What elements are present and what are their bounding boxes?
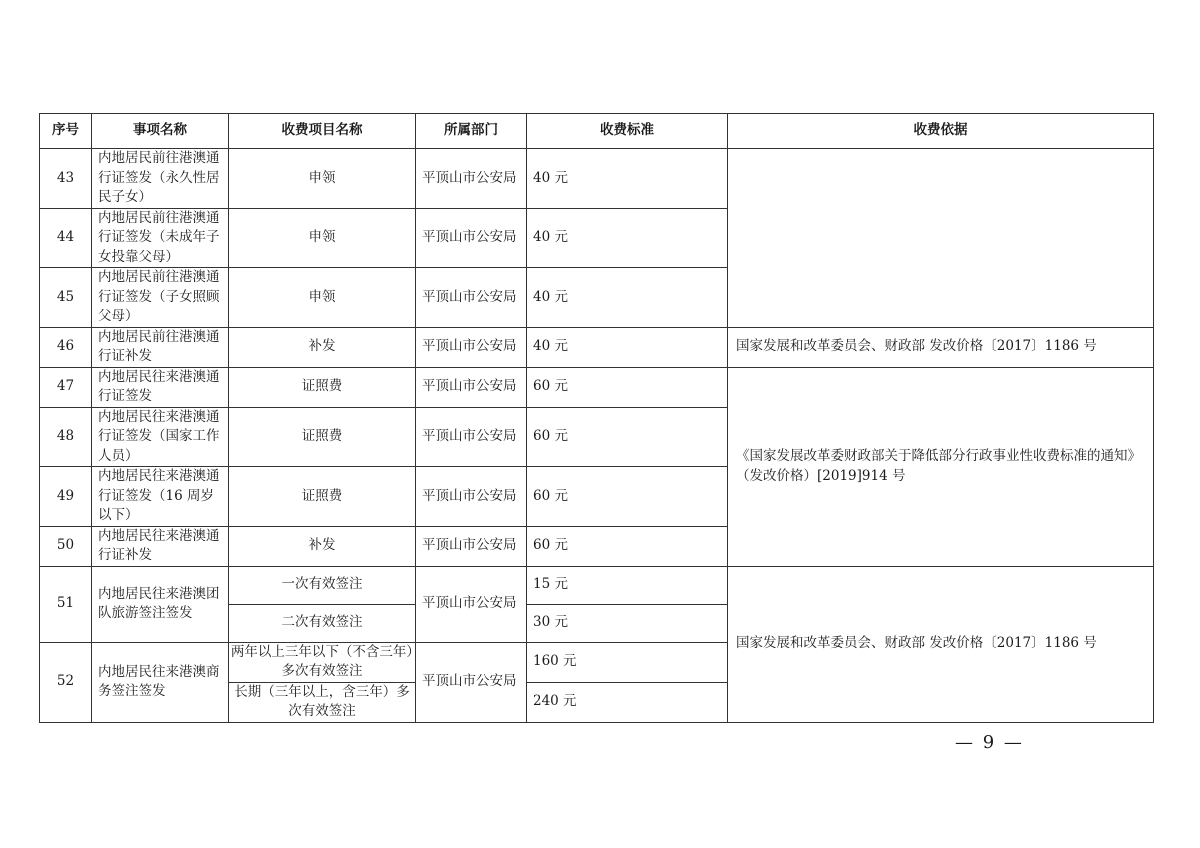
department-cell: 平顶山市公安局 bbox=[416, 642, 527, 722]
seq-cell: 49 bbox=[40, 467, 92, 527]
standard-cell: 60 元 bbox=[527, 526, 728, 566]
seq-cell: 51 bbox=[40, 566, 92, 642]
seq-cell: 52 bbox=[40, 642, 92, 722]
item-name-cell: 内地居民往来港澳通行证签发（国家工作人员） bbox=[92, 407, 229, 467]
table-header-row: 序号 事项名称 收费项目名称 所属部门 收费标准 收费依据 bbox=[40, 114, 1154, 149]
seq-cell: 44 bbox=[40, 208, 92, 268]
standard-cell: 60 元 bbox=[527, 407, 728, 467]
standard-cell: 60 元 bbox=[527, 467, 728, 527]
fee-table: 序号 事项名称 收费项目名称 所属部门 收费标准 收费依据 43 内地居民前往港… bbox=[39, 113, 1154, 723]
department-cell: 平顶山市公安局 bbox=[416, 467, 527, 527]
standard-cell: 15 元 bbox=[527, 566, 728, 604]
header-standard: 收费标准 bbox=[527, 114, 728, 149]
fee-item-cell: 证照费 bbox=[229, 467, 416, 527]
page-number: — 9 — bbox=[955, 732, 1024, 753]
item-name-cell: 内地居民前往港澳通行证补发 bbox=[92, 327, 229, 367]
standard-cell: 40 元 bbox=[527, 327, 728, 367]
seq-cell: 50 bbox=[40, 526, 92, 566]
fee-item-cell: 证照费 bbox=[229, 407, 416, 467]
header-fee-item: 收费项目名称 bbox=[229, 114, 416, 149]
seq-cell: 46 bbox=[40, 327, 92, 367]
standard-cell: 160 元 bbox=[527, 642, 728, 682]
table-row: 43 内地居民前往港澳通行证签发（永久性居民子女） 申领 平顶山市公安局 40 … bbox=[40, 149, 1154, 209]
table-row: 47 内地居民往来港澳通行证签发 证照费 平顶山市公安局 60 元 《国家发展改… bbox=[40, 367, 1154, 407]
department-cell: 平顶山市公安局 bbox=[416, 149, 527, 209]
table-row: 51 内地居民往来港澳团队旅游签注签发 一次有效签注 平顶山市公安局 15 元 … bbox=[40, 566, 1154, 604]
department-cell: 平顶山市公安局 bbox=[416, 367, 527, 407]
seq-cell: 47 bbox=[40, 367, 92, 407]
basis-cell bbox=[728, 149, 1154, 328]
fee-item-cell: 二次有效签注 bbox=[229, 604, 416, 642]
seq-cell: 45 bbox=[40, 268, 92, 328]
fee-item-cell: 补发 bbox=[229, 327, 416, 367]
department-cell: 平顶山市公安局 bbox=[416, 526, 527, 566]
department-cell: 平顶山市公安局 bbox=[416, 327, 527, 367]
fee-item-cell: 一次有效签注 bbox=[229, 566, 416, 604]
seq-cell: 48 bbox=[40, 407, 92, 467]
item-name-cell: 内地居民往来港澳团队旅游签注签发 bbox=[92, 566, 229, 642]
fee-item-cell: 申领 bbox=[229, 268, 416, 328]
basis-cell: 《国家发展改革委财政部关于降低部分行政事业性收费标准的通知》（发改价格）[201… bbox=[728, 367, 1154, 566]
standard-cell: 40 元 bbox=[527, 149, 728, 209]
header-department: 所属部门 bbox=[416, 114, 527, 149]
department-cell: 平顶山市公安局 bbox=[416, 566, 527, 642]
standard-cell: 240 元 bbox=[527, 682, 728, 722]
department-cell: 平顶山市公安局 bbox=[416, 268, 527, 328]
header-seq: 序号 bbox=[40, 114, 92, 149]
fee-item-cell: 申领 bbox=[229, 208, 416, 268]
standard-cell: 60 元 bbox=[527, 367, 728, 407]
header-basis: 收费依据 bbox=[728, 114, 1154, 149]
standard-cell: 40 元 bbox=[527, 268, 728, 328]
fee-item-cell: 长期（三年以上，含三年）多次有效签注 bbox=[229, 682, 416, 722]
item-name-cell: 内地居民往来港澳通行证补发 bbox=[92, 526, 229, 566]
basis-cell: 国家发展和改革委员会、财政部 发改价格〔2017〕1186 号 bbox=[728, 327, 1154, 367]
basis-cell: 国家发展和改革委员会、财政部 发改价格〔2017〕1186 号 bbox=[728, 566, 1154, 722]
item-name-cell: 内地居民往来港澳通行证签发（16 周岁以下） bbox=[92, 467, 229, 527]
header-item-name: 事项名称 bbox=[92, 114, 229, 149]
fee-item-cell: 两年以上三年以下（不含三年）多次有效签注 bbox=[229, 642, 416, 682]
fee-item-cell: 证照费 bbox=[229, 367, 416, 407]
table-row: 46 内地居民前往港澳通行证补发 补发 平顶山市公安局 40 元 国家发展和改革… bbox=[40, 327, 1154, 367]
item-name-cell: 内地居民往来港澳商务签注签发 bbox=[92, 642, 229, 722]
item-name-cell: 内地居民往来港澳通行证签发 bbox=[92, 367, 229, 407]
department-cell: 平顶山市公安局 bbox=[416, 407, 527, 467]
department-cell: 平顶山市公安局 bbox=[416, 208, 527, 268]
standard-cell: 30 元 bbox=[527, 604, 728, 642]
item-name-cell: 内地居民前往港澳通行证签发（子女照顾父母） bbox=[92, 268, 229, 328]
standard-cell: 40 元 bbox=[527, 208, 728, 268]
item-name-cell: 内地居民前往港澳通行证签发（未成年子女投靠父母） bbox=[92, 208, 229, 268]
item-name-cell: 内地居民前往港澳通行证签发（永久性居民子女） bbox=[92, 149, 229, 209]
fee-item-cell: 补发 bbox=[229, 526, 416, 566]
fee-item-cell: 申领 bbox=[229, 149, 416, 209]
seq-cell: 43 bbox=[40, 149, 92, 209]
